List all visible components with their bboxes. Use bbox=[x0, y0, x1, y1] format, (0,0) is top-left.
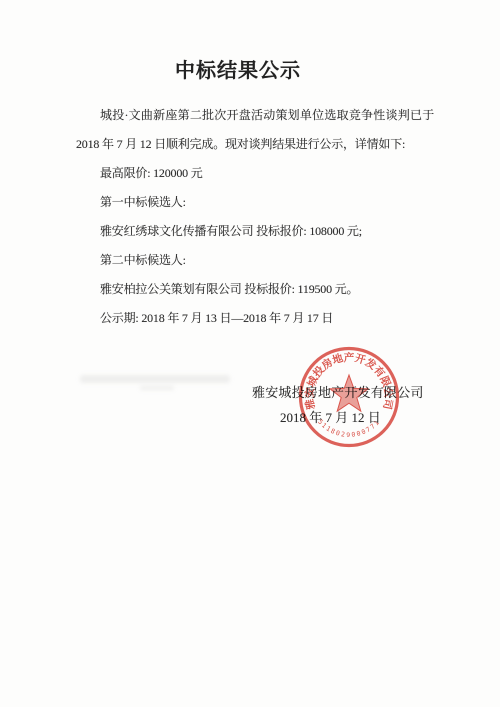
document-body: 城投·文曲新座第二批次开盘活动策划单位选取竞争性谈判已于 2018 年 7 月 … bbox=[76, 101, 434, 333]
max-price-line: 最高限价: 120000 元 bbox=[76, 159, 434, 188]
second-candidate-line: 雅安柏拉公关策划有限公司 投标报价: 119500 元。 bbox=[76, 275, 434, 304]
document-title: 中标结果公示 bbox=[0, 54, 476, 83]
scan-smudge bbox=[140, 386, 174, 390]
first-candidate-line: 雅安红绣球文化传播有限公司 投标报价: 108000 元; bbox=[76, 217, 434, 246]
publicity-period-line: 公示期: 2018 年 7 月 13 日—2018 年 7 月 17 日 bbox=[76, 304, 434, 333]
document-page: 中标结果公示 城投·文曲新座第二批次开盘活动策划单位选取竞争性谈判已于 2018… bbox=[0, 0, 500, 707]
seal-star-icon bbox=[330, 375, 368, 411]
intro-paragraph: 城投·文曲新座第二批次开盘活动策划单位选取竞争性谈判已于 2018 年 7 月 … bbox=[76, 101, 434, 159]
company-seal: 雅安城投房地产开发有限公司 5118029000771 bbox=[297, 345, 401, 449]
scan-smudge bbox=[80, 375, 230, 383]
seal-serial-number: 5118029000771 bbox=[316, 418, 382, 439]
first-candidate-label: 第一中标候选人: bbox=[76, 188, 434, 217]
second-candidate-label: 第二中标候选人: bbox=[76, 246, 434, 275]
